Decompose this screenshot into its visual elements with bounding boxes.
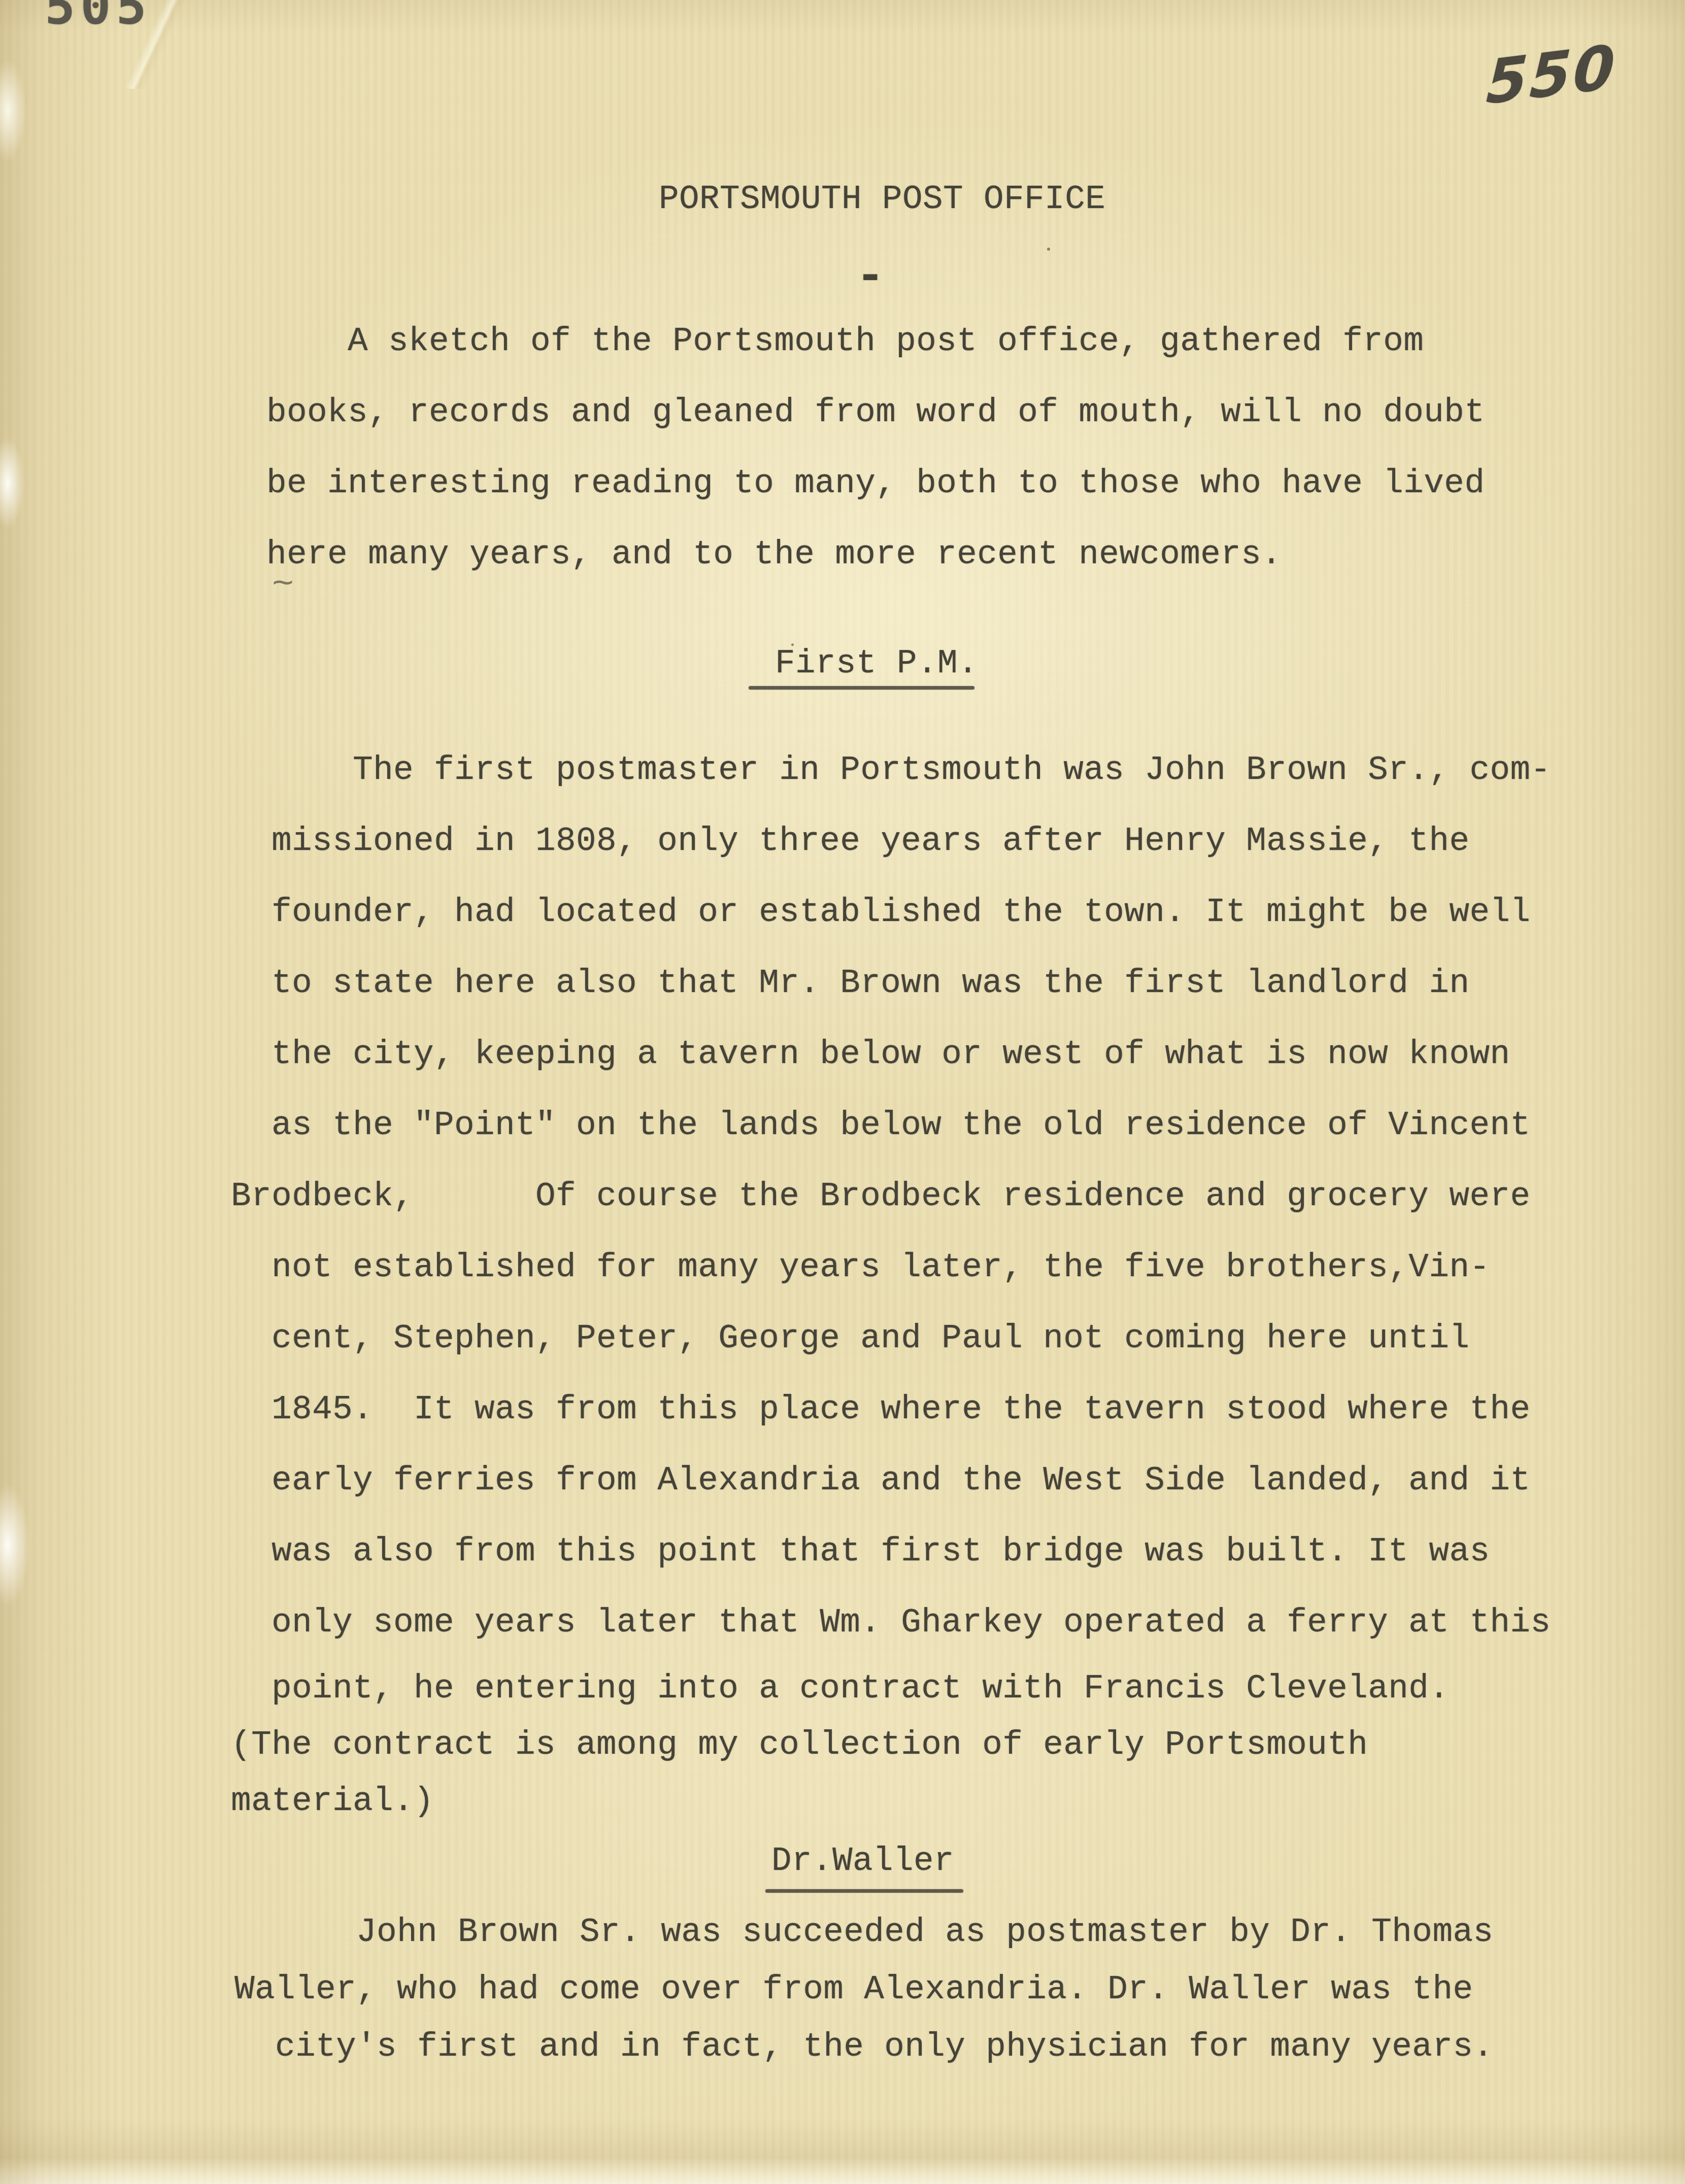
handwritten-page-number: 550 — [1485, 31, 1619, 118]
ink-speck — [1047, 248, 1050, 251]
title-dash: - — [856, 253, 885, 301]
section-heading-dr-waller: Dr.Waller — [771, 1844, 954, 1879]
document-title: PORTSMOUTH POST OFFICE — [659, 182, 1105, 217]
document-page: 505 550 PORTSMOUTH POST OFFICE - A sketc… — [0, 0, 1685, 2184]
paper-damage-spot — [0, 437, 24, 529]
dr-waller-paragraph: John Brown Sr. was succeeded as postmast… — [234, 1903, 1493, 2075]
paper-damage-spot — [0, 1484, 29, 1606]
section-heading-first-pm: First P.M. — [775, 646, 978, 681]
corner-page-number-stamp: 505 — [45, 0, 152, 36]
paper-damage-spot — [0, 60, 26, 161]
intro-paragraph: A sketch of the Portsmouth post office, … — [266, 306, 1485, 590]
first-pm-paragraph: The first postmaster in Portsmouth was J… — [231, 735, 1551, 1658]
stray-pencil-mark: ~ — [273, 564, 294, 599]
first-pm-heading-underline — [749, 686, 974, 690]
dr-waller-heading-underline — [765, 1889, 963, 1893]
first-pm-paragraph-closing: point, he entering into a contract with … — [231, 1660, 1449, 1829]
